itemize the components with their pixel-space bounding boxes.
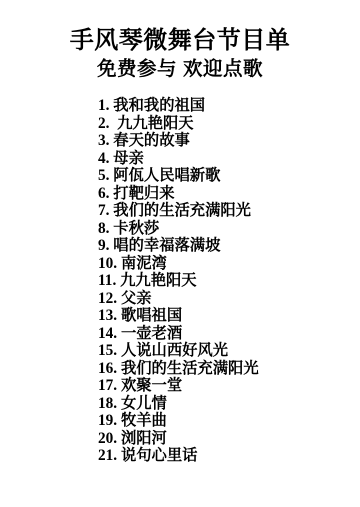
song-item: 1. 我和我的祖国	[98, 97, 360, 115]
page-subtitle: 免费参与 欢迎点歌	[0, 56, 360, 82]
song-item: 8. 卡秋莎	[98, 220, 360, 238]
song-item: 6. 打靶归来	[98, 185, 360, 203]
song-item: 20. 浏阳河	[98, 430, 360, 448]
song-item: 5. 阿佤人民唱新歌	[98, 167, 360, 185]
song-item: 14. 一壶老酒	[98, 325, 360, 343]
page-title: 手风琴微舞台节目单	[0, 0, 360, 57]
song-item: 19. 牧羊曲	[98, 412, 360, 430]
song-item: 17. 欢聚一堂	[98, 377, 360, 395]
song-item: 12. 父亲	[98, 290, 360, 308]
song-item: 3. 春天的故事	[98, 132, 360, 150]
song-item: 9. 唱的幸福落满坡	[98, 237, 360, 255]
program-poster: 手风琴微舞台节目单 免费参与 欢迎点歌 1. 我和我的祖国 2. 九九艳阳天 3…	[0, 0, 360, 507]
song-item: 13. 歌唱祖国	[98, 307, 360, 325]
song-item: 11. 九九艳阳天	[98, 272, 360, 290]
song-item: 10. 南泥湾	[98, 255, 360, 273]
song-item: 15. 人说山西好风光	[98, 342, 360, 360]
song-item: 18. 女儿情	[98, 395, 360, 413]
song-list: 1. 我和我的祖国 2. 九九艳阳天 3. 春天的故事 4. 母亲 5. 阿佤人…	[0, 97, 360, 465]
song-item: 4. 母亲	[98, 150, 360, 168]
song-item: 2. 九九艳阳天	[98, 115, 360, 133]
song-item: 21. 说句心里话	[98, 447, 360, 465]
song-item: 16. 我们的生活充满阳光	[98, 360, 360, 378]
song-item: 7. 我们的生活充满阳光	[98, 202, 360, 220]
